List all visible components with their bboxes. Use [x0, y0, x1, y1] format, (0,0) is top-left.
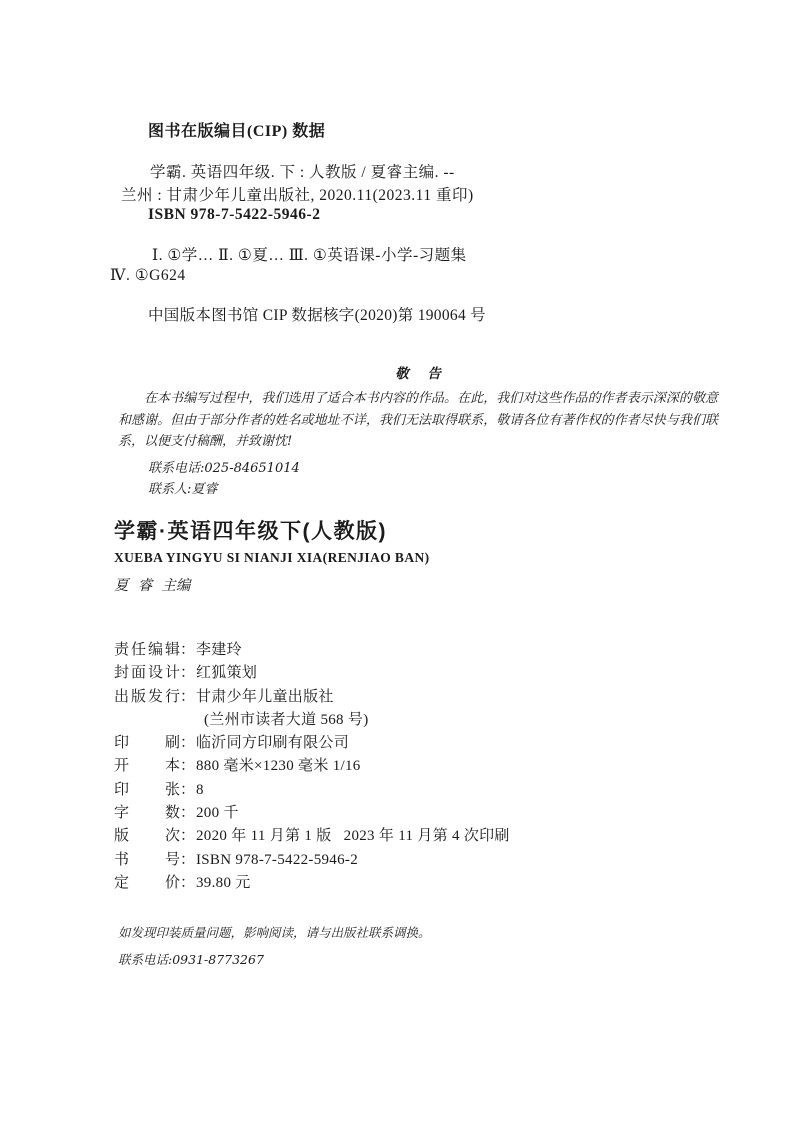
colophon-row-sheets: 印张：8 — [114, 779, 510, 802]
colophon-row-format: 开本：880 毫米×1230 毫米 1/16 — [114, 755, 510, 778]
colophon-section: 责任编辑：李建玲 封面设计：红狐策划 出版发行：甘肃少年儿童出版社 ：(兰州市读… — [114, 639, 510, 895]
colophon-colon: ： — [180, 849, 196, 872]
colophon-value: ISBN 978-7-5422-5946-2 — [196, 849, 358, 872]
colophon-label: 印刷 — [114, 732, 180, 755]
colophon-value: 李建玲 — [196, 639, 242, 662]
notice-phone: 联系电话:025-84651014 — [148, 458, 718, 479]
book-editor: 夏 睿 主编 — [114, 574, 190, 595]
colophon-label: 责任编辑 — [114, 639, 180, 662]
notice-contact: 联系人:夏睿 — [148, 479, 718, 500]
colophon-colon: ： — [180, 872, 196, 895]
colophon-value: 880 毫米×1230 毫米 1/16 — [196, 755, 361, 778]
colophon-row-word-count: 字数：200 千 — [114, 802, 510, 825]
colophon-row-price: 定价：39.80 元 — [114, 872, 510, 895]
colophon-colon: ： — [180, 779, 196, 802]
colophon-label: 印张 — [114, 779, 180, 802]
cip-line-publisher: 兰州 : 甘肃少年儿童出版社, 2020.11(2023.11 重印) — [121, 183, 474, 205]
colophon-row-publisher: 出版发行：甘肃少年儿童出版社 — [114, 686, 510, 709]
colophon-label: 封面设计 — [114, 662, 180, 685]
colophon-colon: ： — [180, 686, 196, 709]
colophon-row-edition: 版次：2020 年 11 月第 1 版 2023 年 11 月第 4 次印刷 — [114, 825, 510, 848]
colophon-value: 2020 年 11 月第 1 版 2023 年 11 月第 4 次印刷 — [196, 825, 510, 848]
copyright-page: 图书在版编目(CIP) 数据 学霸. 英语四年级. 下 : 人教版 / 夏睿主编… — [0, 0, 800, 1122]
footer-quality-note: 如发现印装质量问题，影响阅读，请与出版社联系调换。 — [118, 923, 431, 941]
colophon-label: 出版发行 — [114, 686, 180, 709]
colophon-row-address: ：(兰州市读者大道 568 号) — [114, 709, 510, 732]
cip-classification-line1: Ⅰ. ①学… Ⅱ. ①夏… Ⅲ. ①英语课-小学-习题集 — [152, 243, 467, 265]
cip-record-number: 中国版本图书馆 CIP 数据核字(2020)第 190064 号 — [148, 303, 486, 325]
colophon-row-editor: 责任编辑：李建玲 — [114, 639, 510, 662]
footer-phone: 联系电话:0931-8773267 — [118, 950, 264, 968]
colophon-value: 红狐策划 — [196, 662, 257, 685]
book-title-pinyin: XUEBA YINGYU SI NIANJI XIA(RENJIAO BAN) — [114, 550, 430, 566]
colophon-value: 甘肃少年儿童出版社 — [196, 686, 334, 709]
colophon-label: 书号 — [114, 849, 180, 872]
colophon-value: (兰州市读者大道 568 号) — [196, 709, 369, 732]
notice-title: 敬 告 — [118, 362, 718, 382]
notice-section: 敬 告 在本书编写过程中，我们选用了适合本书内容的作品。在此，我们对这些作品的作… — [118, 362, 718, 500]
cip-line-isbn: ISBN 978-7-5422-5946-2 — [148, 206, 320, 224]
cip-line-title: 学霸. 英语四年级. 下 : 人教版 / 夏睿主编. -- — [150, 160, 455, 182]
colophon-colon: ： — [180, 755, 196, 778]
colophon-label: 字数 — [114, 802, 180, 825]
colophon-row-isbn: 书号：ISBN 978-7-5422-5946-2 — [114, 849, 510, 872]
colophon-colon: ： — [180, 639, 196, 662]
notice-body: 在本书编写过程中，我们选用了适合本书内容的作品。在此，我们对这些作品的作者表示深… — [118, 388, 718, 453]
colophon-value: 临沂同方印刷有限公司 — [196, 732, 349, 755]
colophon-label: 定价 — [114, 872, 180, 895]
colophon-colon: ： — [180, 825, 196, 848]
colophon-value: 8 — [196, 779, 204, 802]
cip-header: 图书在版编目(CIP) 数据 — [148, 118, 325, 141]
colophon-colon: ： — [180, 802, 196, 825]
colophon-value: 200 千 — [196, 802, 239, 825]
colophon-colon: ： — [180, 662, 196, 685]
cip-classification-line2: Ⅳ. ①G624 — [110, 266, 186, 285]
colophon-row-cover-design: 封面设计：红狐策划 — [114, 662, 510, 685]
colophon-label: 版次 — [114, 825, 180, 848]
book-title: 学霸·英语四年级下(人教版) — [114, 515, 387, 545]
colophon-colon: ： — [180, 732, 196, 755]
colophon-label: 开本 — [114, 755, 180, 778]
colophon-value: 39.80 元 — [196, 872, 251, 895]
colophon-row-printer: 印刷：临沂同方印刷有限公司 — [114, 732, 510, 755]
